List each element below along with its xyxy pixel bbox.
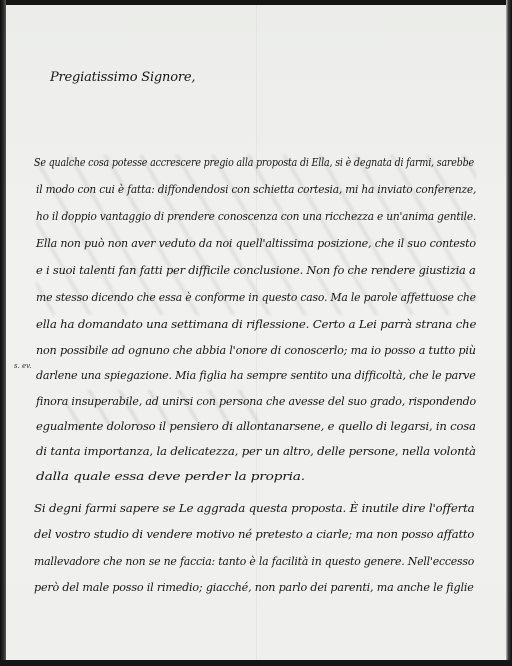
scan-border-top (0, 0, 512, 5)
margin-note: s. ev. (14, 362, 32, 370)
letter-line-8: non possibile ad ognuno che abbia l'onor… (36, 343, 476, 357)
letter-line-1: Se qualche cosa potesse accrescere pregi… (34, 155, 474, 169)
letter-line-10: finora insuperabile, ad unirsi con perso… (36, 394, 476, 408)
letter-page: Pregiatissimo Signore, Se qualche cosa p… (6, 5, 506, 661)
letter-line-3: ho il doppio vantaggio di prendere conos… (36, 209, 476, 223)
salutation: Pregiatissimo Signore, (50, 70, 195, 85)
scan-border-bottom (0, 660, 512, 666)
letter-line-5: e i suoi talenti fan fatti per difficile… (36, 263, 476, 277)
letter-line-9: darlene una spiegazione. Mia figlia ha s… (36, 368, 476, 382)
letter-line-17: però del male posso il rimedio; giacché,… (34, 580, 474, 594)
letter-line-15: del vostro studio di vendere motivo né p… (34, 527, 474, 541)
letter-line-6: me stesso dicendo che essa è conforme in… (36, 290, 476, 304)
letter-line-12: di tanta importanza, la delicatezza, per… (36, 444, 476, 458)
letter-line-14: Si degni farmi sapere se Le aggrada ques… (34, 501, 474, 515)
letter-line-13: dalla quale essa deve perder la propria. (36, 469, 305, 483)
scan-border-right (506, 0, 512, 666)
letter-line-4: Ella non può non aver veduto da noi quel… (36, 236, 476, 250)
letter-line-16: mallevadore che non se ne faccia: tanto … (34, 554, 474, 568)
letter-line-11: egualmente doloroso il pensiero di allon… (36, 419, 476, 433)
letter-line-7: ella ha domandato una settimana di rifle… (36, 317, 476, 331)
scan-border-left (0, 0, 6, 666)
letter-line-2: il modo con cui è fatta: diffondendosi c… (36, 182, 476, 196)
